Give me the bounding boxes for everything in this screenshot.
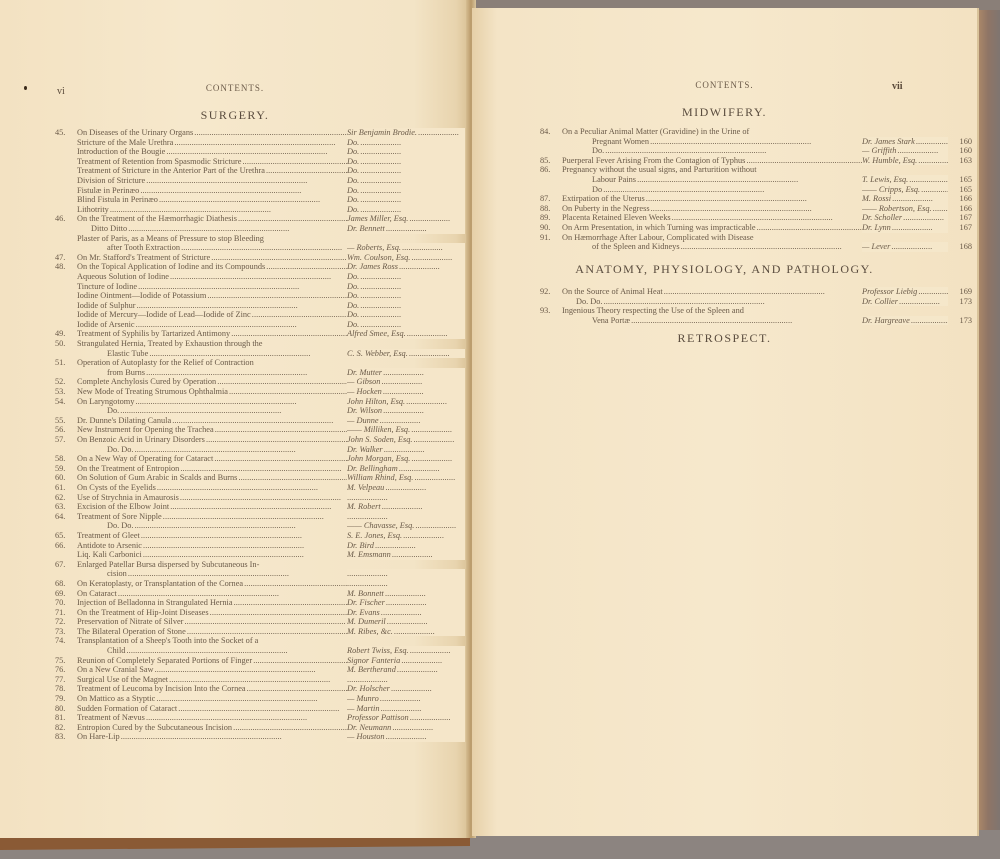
entry-title: On Mr. Stafford's Treatment of Stricture: [77, 253, 347, 263]
entry-author: Dr. Walker: [347, 445, 465, 455]
toc-entry: 77.Surgical Use of the Magnet155: [55, 675, 495, 685]
entry-title: Enlarged Patellar Bursa dispersed by Sub…: [77, 560, 347, 570]
entry-title: On Hæmorrhage After Labour, Complicated …: [562, 233, 862, 243]
toc-entry: 69.On CataractM. Bonnett151: [55, 589, 495, 599]
entry-number: 65.: [55, 531, 73, 541]
toc-entry: Vena PortæDr. Hargreave173: [540, 316, 980, 326]
toc-entry: 60.On Solution of Gum Arabic in Scalds a…: [55, 473, 495, 483]
entry-author: — Munro: [347, 694, 465, 704]
entry-title: Extirpation of the Uterus: [562, 194, 862, 204]
entry-title: Fistulæ in Perinæo: [77, 186, 347, 196]
entry-author: — Griffith: [862, 146, 948, 156]
entry-number: 75.: [55, 656, 73, 666]
entry-title: Treatment of Stricture in the Anterior P…: [77, 166, 347, 176]
entry-number: 62.: [55, 493, 73, 503]
entry-title: New Mode of Treating Strumous Ophthalmia: [77, 387, 347, 397]
toc-entry: LithotrityDo.103: [55, 205, 495, 215]
entry-author: M. Bonnett: [347, 589, 465, 599]
entry-number: 49.: [55, 329, 73, 339]
toc-entry: Blind Fistula in PerinæoDo.100: [55, 195, 495, 205]
entry-author: [347, 579, 465, 589]
entry-author: —— Chavasse, Esq.: [347, 521, 465, 531]
entry-title: Treatment of Retention from Spasmodic St…: [77, 157, 347, 167]
entry-number: 46.: [55, 214, 73, 224]
entry-title: Use of Strychnia in Amaurosis: [77, 493, 347, 503]
toc-entry: 62.Use of Strychnia in Amaurosis147: [55, 493, 495, 503]
entry-page-number: 173: [948, 316, 972, 326]
entry-author: Professor Liebig: [862, 287, 948, 297]
toc-entry: Do—— Cripps, Esq.165: [540, 185, 980, 195]
entry-author: Do.: [347, 186, 465, 196]
entry-number: 88.: [540, 204, 558, 214]
entry-title: Preservation of Nitrate of Silver: [77, 617, 347, 627]
entry-title: Treatment of Sore Nipple: [77, 512, 347, 522]
entry-author: —— Milliken, Esq.: [347, 425, 465, 435]
entry-page-number: 173: [948, 297, 972, 307]
entry-author: Dr. Bird: [347, 541, 465, 551]
toc-entry: 83.On Hare-Lip— Houston158: [55, 732, 495, 742]
toc-entry: 57.On Benzoic Acid in Urinary DisordersJ…: [55, 435, 495, 445]
entry-author: M. Rossi: [862, 194, 948, 204]
entry-author: Do.: [347, 147, 465, 157]
entry-title: On Laryngotomy: [77, 397, 347, 407]
toc-list-surgery: 45.On Diseases of the Urinary OrgansSir …: [55, 128, 495, 742]
entry-author: M. Emsmann: [347, 550, 465, 560]
toc-entry: 71.On the Treatment of Hip-Joint Disease…: [55, 608, 495, 618]
entry-number: 58.: [55, 454, 73, 464]
entry-title: Iodide of Mercury—Iodide of Lead—Iodide …: [77, 310, 347, 320]
entry-title: of the Spleen and Kidneys: [562, 242, 862, 252]
entry-author: Do.: [347, 310, 465, 320]
toc-entry: Iodide of ArsenicDo.124: [55, 320, 495, 330]
toc-list-anatomy: 92.On the Source of Animal HeatProfessor…: [540, 287, 980, 325]
toc-entry: 84.On a Peculiar Animal Matter (Gravidin…: [540, 127, 980, 137]
entry-number: 82.: [55, 723, 73, 733]
toc-entry: Stricture of the Male UrethraDo.92: [55, 138, 495, 148]
entry-title: Sudden Formation of Cataract: [77, 704, 347, 714]
entry-number: 78.: [55, 684, 73, 694]
toc-entry: 90.On Arm Presentation, in which Turning…: [540, 223, 980, 233]
toc-entry: Do. Do.Dr. Walker141: [55, 445, 495, 455]
entry-page-number: 169: [948, 287, 972, 297]
entry-author: John S. Soden, Esq.: [347, 435, 465, 445]
entry-number: 48.: [55, 262, 73, 272]
entry-author: Dr. James Stark: [862, 137, 948, 147]
entry-title: On a New Cranial Saw: [77, 665, 347, 675]
toc-entry: cision150: [55, 569, 495, 579]
entry-page-number: 160: [948, 137, 972, 147]
entry-number: 57.: [55, 435, 73, 445]
toc-entry: 68.On Keratoplasty, or Transplantation o…: [55, 579, 495, 589]
toc-entry: Do.Dr. Wilson137: [55, 406, 495, 416]
entry-author: Do.: [347, 166, 465, 176]
entry-number: 90.: [540, 223, 558, 233]
entry-title: Ingenious Theory respecting the Use of t…: [562, 306, 862, 316]
entry-author: Dr. Holscher: [347, 684, 465, 694]
toc-entry: 65.Treatment of GleetS. E. Jones, Esq.14…: [55, 531, 495, 541]
toc-entry: 59.On the Treatment of EntropionDr. Bell…: [55, 464, 495, 474]
entry-author: [347, 675, 465, 685]
entry-title: Dr. Dunne's Dilating Canula: [77, 416, 347, 426]
entry-title: Pregnancy without the usual signs, and P…: [562, 165, 862, 175]
entry-number: 70.: [55, 598, 73, 608]
entry-title: On the Treatment of the Hæmorrhagic Diat…: [77, 214, 347, 224]
entry-number: 91.: [540, 233, 558, 243]
entry-number: 72.: [55, 617, 73, 627]
entry-title: Treatment of Leucoma by Incision Into th…: [77, 684, 347, 694]
entry-title: On the Topical Application of Iodine and…: [77, 262, 347, 272]
toc-entry: 51.Operation of Autoplasty for the Relie…: [55, 358, 495, 368]
entry-page-number: 165: [948, 175, 972, 185]
entry-title: Excision of the Elbow Joint: [77, 502, 347, 512]
entry-author: Robert Twiss, Esq.: [347, 646, 465, 656]
entry-title: On Mattico as a Styptic: [77, 694, 347, 704]
entry-author: Dr. Evans: [347, 608, 465, 618]
entry-title: On the Treatment of Entropion: [77, 464, 347, 474]
entry-number: 74.: [55, 636, 73, 646]
entry-title: Treatment of Gleet: [77, 531, 347, 541]
entry-title: On Cataract: [77, 589, 347, 599]
entry-author: M. Ribes, &c.: [347, 627, 465, 637]
section-title-anatomy: ANATOMY, PHYSIOLOGY, AND PATHOLOGY.: [472, 262, 977, 277]
toc-entry: Treatment of Retention from Spasmodic St…: [55, 157, 495, 167]
entry-title: On the Source of Animal Heat: [562, 287, 862, 297]
folio-right: vii: [892, 81, 903, 92]
toc-entry: 58.On a New Way of Operating for Catarac…: [55, 454, 495, 464]
entry-author: C. S. Webber, Esq.: [347, 349, 465, 359]
entry-number: 83.: [55, 732, 73, 742]
entry-page-number: 163: [948, 156, 972, 166]
entry-author: W. Humble, Esq.: [862, 156, 948, 166]
entry-author: Dr. James Ross: [347, 262, 465, 272]
entry-number: 89.: [540, 213, 558, 223]
entry-author: — Dunne: [347, 416, 465, 426]
entry-title: Introduction of the Bougie: [77, 147, 347, 157]
entry-number: 77.: [55, 675, 73, 685]
toc-entry: 47.On Mr. Stafford's Treatment of Strict…: [55, 253, 495, 263]
entry-author: Dr. Lynn: [862, 223, 948, 233]
entry-number: 50.: [55, 339, 73, 349]
entry-title: On Hare-Lip: [77, 732, 347, 742]
entry-title: Puerperal Fever Arising From the Contagi…: [562, 156, 862, 166]
entry-title: The Bilateral Operation of Stone: [77, 627, 347, 637]
entry-number: 80.: [55, 704, 73, 714]
entry-author: Signor Fanteria: [347, 656, 465, 666]
entry-title: Do. Do.: [562, 297, 862, 307]
entry-author: Wm. Coulson, Esq.: [347, 253, 465, 263]
entry-title: Elastic Tube: [77, 349, 347, 359]
entry-number: 66.: [55, 541, 73, 551]
entry-author: Do.: [347, 176, 465, 186]
entry-author: Dr. Wilson: [347, 406, 465, 416]
entry-title: On Keratoplasty, or Transplantation of t…: [77, 579, 347, 589]
toc-entry: 85.Puerperal Fever Arising From the Cont…: [540, 156, 980, 166]
entry-author: Do.: [347, 282, 465, 292]
toc-entry: 74.Transplantation of a Sheep's Tooth in…: [55, 636, 495, 646]
entry-author: Alfred Smee, Esq.: [347, 329, 465, 339]
entry-title: Transplantation of a Sheep's Tooth into …: [77, 636, 347, 646]
entry-title: Blind Fistula in Perinæo: [77, 195, 347, 205]
section-title-surgery: SURGERY.: [0, 108, 470, 123]
entry-author: [347, 493, 465, 503]
entry-number: 64.: [55, 512, 73, 522]
entry-author: — Roberts, Esq.: [347, 243, 465, 253]
toc-entry: 88.On Puberty in the Negress—— Robertson…: [540, 204, 980, 214]
toc-entry: 81.Treatment of NævusProfessor Pattison1…: [55, 713, 495, 723]
entry-author: Dr. Fischer: [347, 598, 465, 608]
entry-author: — Martin: [347, 704, 465, 714]
entry-author: Dr. Hargreave: [862, 316, 948, 326]
toc-entry: Iodide of Mercury—Iodide of Lead—Iodide …: [55, 310, 495, 320]
entry-title: Do.: [562, 146, 862, 156]
entry-number: 68.: [55, 579, 73, 589]
entry-title: after Tooth Extraction: [77, 243, 347, 253]
entry-title: Treatment of Syphilis by Tartarized Anti…: [77, 329, 347, 339]
entry-title: Labour Pains: [562, 175, 862, 185]
toc-entry: from BurnsDr. Mutter130: [55, 368, 495, 378]
entry-author: Do.: [347, 138, 465, 148]
entry-number: 69.: [55, 589, 73, 599]
entry-page-number: 168: [948, 242, 972, 252]
toc-entry: 82.Entropion Cured by the Subcutaneous I…: [55, 723, 495, 733]
toc-entry: Do.— Griffith160: [540, 146, 980, 156]
entry-title: Pregnant Women: [562, 137, 862, 147]
entry-title: Lithotrity: [77, 205, 347, 215]
toc-list-midwifery: 84.On a Peculiar Animal Matter (Gravidin…: [540, 127, 980, 252]
entry-number: 60.: [55, 473, 73, 483]
entry-author: Sir Benjamin Brodie.: [347, 128, 465, 138]
toc-entry: Introduction of the BougieDo.93: [55, 147, 495, 157]
entry-author: Professor Pattison: [347, 713, 465, 723]
entry-title: Complete Anchylosis Cured by Operation: [77, 377, 347, 387]
entry-title: Iodine Ointment—Iodide of Potassium: [77, 291, 347, 301]
entry-title: On a Peculiar Animal Matter (Gravidine) …: [562, 127, 862, 137]
entry-author: T. Lewis, Esq.: [862, 175, 948, 185]
entry-title: New Instrument for Opening the Trachea: [77, 425, 347, 435]
section-title-midwifery: MIDWIFERY.: [472, 105, 977, 120]
toc-entry: 86.Pregnancy without the usual signs, an…: [540, 165, 980, 175]
entry-page-number: 160: [948, 146, 972, 156]
entry-number: 87.: [540, 194, 558, 204]
toc-entry: 80.Sudden Formation of Cataract— Martin1…: [55, 704, 495, 714]
entry-author: — Houston: [347, 732, 465, 742]
toc-entry: Aqueous Solution of IodineDo.118: [55, 272, 495, 282]
entry-author: Do.: [347, 301, 465, 311]
toc-entry: 52.Complete Anchylosis Cured by Operatio…: [55, 377, 495, 387]
entry-title: Vena Portæ: [562, 316, 862, 326]
entry-title: Placenta Retained Eleven Weeks: [562, 213, 862, 223]
toc-entry: 45.On Diseases of the Urinary OrgansSir …: [55, 128, 495, 138]
entry-author: — Gibson: [347, 377, 465, 387]
entry-number: 92.: [540, 287, 558, 297]
entry-title: Child: [77, 646, 347, 656]
entry-title: Ditto Ditto: [77, 224, 347, 234]
entry-author: Dr. Mutter: [347, 368, 465, 378]
toc-entry: 76.On a New Cranial SawM. Bertherand154: [55, 665, 495, 675]
toc-entry: 72.Preservation of Nitrate of SilverM. D…: [55, 617, 495, 627]
entry-author: James Miller, Esq.: [347, 214, 465, 224]
entry-author: [347, 512, 465, 522]
toc-entry: Pregnant WomenDr. James Stark160: [540, 137, 980, 147]
running-head-left: CONTENTS.: [0, 83, 470, 93]
toc-entry: Do. Do.—— Chavasse, Esq.149: [55, 521, 495, 531]
entry-author: Do.: [347, 157, 465, 167]
entry-title: Plaster of Paris, as a Means of Pressure…: [77, 234, 347, 244]
toc-entry: Treatment of Stricture in the Anterior P…: [55, 166, 495, 176]
entry-title: On the Treatment of Hip-Joint Diseases: [77, 608, 347, 618]
entry-number: 63.: [55, 502, 73, 512]
entry-number: 53.: [55, 387, 73, 397]
entry-number: 54.: [55, 397, 73, 407]
toc-entry: 55.Dr. Dunne's Dilating Canula— Dunne138: [55, 416, 495, 426]
entry-title: Reunion of Completely Separated Portions…: [77, 656, 347, 666]
entry-title: Division of Stricture: [77, 176, 347, 186]
entry-author: Dr. Neumann: [347, 723, 465, 733]
toc-entry: Iodine Ointment—Iodide of PotassiumDo.12…: [55, 291, 495, 301]
toc-entry: Division of StrictureDo.99: [55, 176, 495, 186]
entry-title: Do: [562, 185, 862, 195]
entry-number: 71.: [55, 608, 73, 618]
toc-entry: Iodide of SulphurDo.123: [55, 301, 495, 311]
entry-title: On Solution of Gum Arabic in Scalds and …: [77, 473, 347, 483]
entry-number: 81.: [55, 713, 73, 723]
entry-page-number: 167: [948, 213, 972, 223]
entry-number: 61.: [55, 483, 73, 493]
entry-title: Tincture of Iodine: [77, 282, 347, 292]
entry-title: Antidote to Arsenic: [77, 541, 347, 551]
entry-number: 45.: [55, 128, 73, 138]
entry-author: Do.: [347, 272, 465, 282]
entry-author: Dr. Bennett: [347, 224, 465, 234]
entry-title: Iodide of Sulphur: [77, 301, 347, 311]
toc-entry: 50.Strangulated Hernia, Treated by Exhau…: [55, 339, 495, 349]
entry-number: 85.: [540, 156, 558, 166]
entry-author: [347, 569, 465, 579]
toc-entry: 93.Ingenious Theory respecting the Use o…: [540, 306, 980, 316]
toc-entry: Liq. Kali CarboniciM. Emsmann149: [55, 550, 495, 560]
left-page: vi CONTENTS. SURGERY. 45.On Diseases of …: [0, 0, 470, 838]
entry-title: Injection of Belladonna in Strangulated …: [77, 598, 347, 608]
entry-number: 84.: [540, 127, 558, 137]
toc-entry: after Tooth Extraction— Roberts, Esq.114: [55, 243, 495, 253]
toc-entry: Tincture of IodineDo.118: [55, 282, 495, 292]
right-page: CONTENTS. vii MIDWIFERY. 84.On a Peculia…: [472, 8, 979, 836]
entry-number: 86.: [540, 165, 558, 175]
entry-title: from Burns: [77, 368, 347, 378]
toc-entry: 46.On the Treatment of the Hæmorrhagic D…: [55, 214, 495, 224]
entry-title: On a New Way of Operating for Cataract: [77, 454, 347, 464]
entry-author: M. Bertherand: [347, 665, 465, 675]
toc-entry: 61.On Cysts of the EyelidsM. Velpeau146: [55, 483, 495, 493]
toc-entry: 54.On LaryngotomyJohn Hilton, Esq.135: [55, 397, 495, 407]
entry-title: On Cysts of the Eyelids: [77, 483, 347, 493]
entry-number: 56.: [55, 425, 73, 435]
entry-number: 47.: [55, 253, 73, 263]
entry-number: 79.: [55, 694, 73, 704]
toc-entry: 66.Antidote to ArsenicDr. Bird149: [55, 541, 495, 551]
toc-entry: 79.On Mattico as a Styptic— Munro155: [55, 694, 495, 704]
entry-author: M. Robert: [347, 502, 465, 512]
entry-author: S. E. Jones, Esq.: [347, 531, 465, 541]
entry-number: 51.: [55, 358, 73, 368]
toc-entry: 48.On the Topical Application of Iodine …: [55, 262, 495, 272]
entry-title: Liq. Kali Carbonici: [77, 550, 347, 560]
entry-title: On Arm Presentation, in which Turning wa…: [562, 223, 862, 233]
entry-author: Dr. Bellingham: [347, 464, 465, 474]
entry-author: John Hilton, Esq.: [347, 397, 465, 407]
entry-title: Strangulated Hernia, Treated by Exhausti…: [77, 339, 347, 349]
toc-entry: 70.Injection of Belladonna in Strangulat…: [55, 598, 495, 608]
toc-entry: 53.New Mode of Treating Strumous Ophthal…: [55, 387, 495, 397]
toc-entry: 49.Treatment of Syphilis by Tartarized A…: [55, 329, 495, 339]
entry-author: Dr. Collier: [862, 297, 948, 307]
entry-title: Aqueous Solution of Iodine: [77, 272, 347, 282]
entry-author: Do.: [347, 320, 465, 330]
entry-title: On Diseases of the Urinary Organs: [77, 128, 347, 138]
toc-entry: 75.Reunion of Completely Separated Porti…: [55, 656, 495, 666]
entry-number: 52.: [55, 377, 73, 387]
entry-author: M. Dumeril: [347, 617, 465, 627]
toc-entry: 67.Enlarged Patellar Bursa dispersed by …: [55, 560, 495, 570]
toc-entry: 78.Treatment of Leucoma by Incision Into…: [55, 684, 495, 694]
entry-title: cision: [77, 569, 347, 579]
entry-number: 93.: [540, 306, 558, 316]
entry-number: 59.: [55, 464, 73, 474]
toc-entry: Ditto DittoDr. Bennett114: [55, 224, 495, 234]
entry-author: Do.: [347, 291, 465, 301]
entry-title: Operation of Autoplasty for the Relief o…: [77, 358, 347, 368]
entry-author: Dr. Scholler: [862, 213, 948, 223]
entry-title: Entropion Cured by the Subcutaneous Inci…: [77, 723, 347, 733]
entry-title: Iodide of Arsenic: [77, 320, 347, 330]
entry-author: — Hocken: [347, 387, 465, 397]
toc-entry: 92.On the Source of Animal HeatProfessor…: [540, 287, 980, 297]
entry-title: Surgical Use of the Magnet: [77, 675, 347, 685]
entry-author: — Lever: [862, 242, 948, 252]
entry-title: Stricture of the Male Urethra: [77, 138, 347, 148]
toc-entry: ChildRobert Twiss, Esq.154: [55, 646, 495, 656]
entry-page-number: 165: [948, 185, 972, 195]
entry-title: Treatment of Nævus: [77, 713, 347, 723]
entry-title: Do. Do.: [77, 521, 347, 531]
toc-entry: 63.Excision of the Elbow JointM. Robert1…: [55, 502, 495, 512]
entry-title: On Benzoic Acid in Urinary Disorders: [77, 435, 347, 445]
entry-author: Do.: [347, 205, 465, 215]
toc-entry: 91.On Hæmorrhage After Labour, Complicat…: [540, 233, 980, 243]
entry-page-number: 166: [948, 194, 972, 204]
toc-entry: 73.The Bilateral Operation of StoneM. Ri…: [55, 627, 495, 637]
entry-page-number: 167: [948, 223, 972, 233]
toc-entry: Elastic TubeC. S. Webber, Esq.129: [55, 349, 495, 359]
entry-title: Do.: [77, 406, 347, 416]
toc-entry: 87.Extirpation of the UterusM. Rossi166: [540, 194, 980, 204]
entry-title: Do. Do.: [77, 445, 347, 455]
entry-author: John Morgan, Esq.: [347, 454, 465, 464]
entry-page-number: 166: [948, 204, 972, 214]
toc-entry: Plaster of Paris, as a Means of Pressure…: [55, 234, 495, 244]
toc-entry: Do. Do.Dr. Collier173: [540, 297, 980, 307]
entry-author: —— Cripps, Esq.: [862, 185, 948, 195]
toc-entry: Fistulæ in PerinæoDo.100: [55, 186, 495, 196]
entry-title: On Puberty in the Negress: [562, 204, 862, 214]
section-title-retrospect: RETROSPECT.: [472, 331, 977, 346]
toc-entry: 89.Placenta Retained Eleven WeeksDr. Sch…: [540, 213, 980, 223]
entry-author: M. Velpeau: [347, 483, 465, 493]
entry-author: Do.: [347, 195, 465, 205]
toc-entry: 56.New Instrument for Opening the Trache…: [55, 425, 495, 435]
entry-author: William Rhind, Esq.: [347, 473, 465, 483]
entry-author: —— Robertson, Esq.: [862, 204, 948, 214]
